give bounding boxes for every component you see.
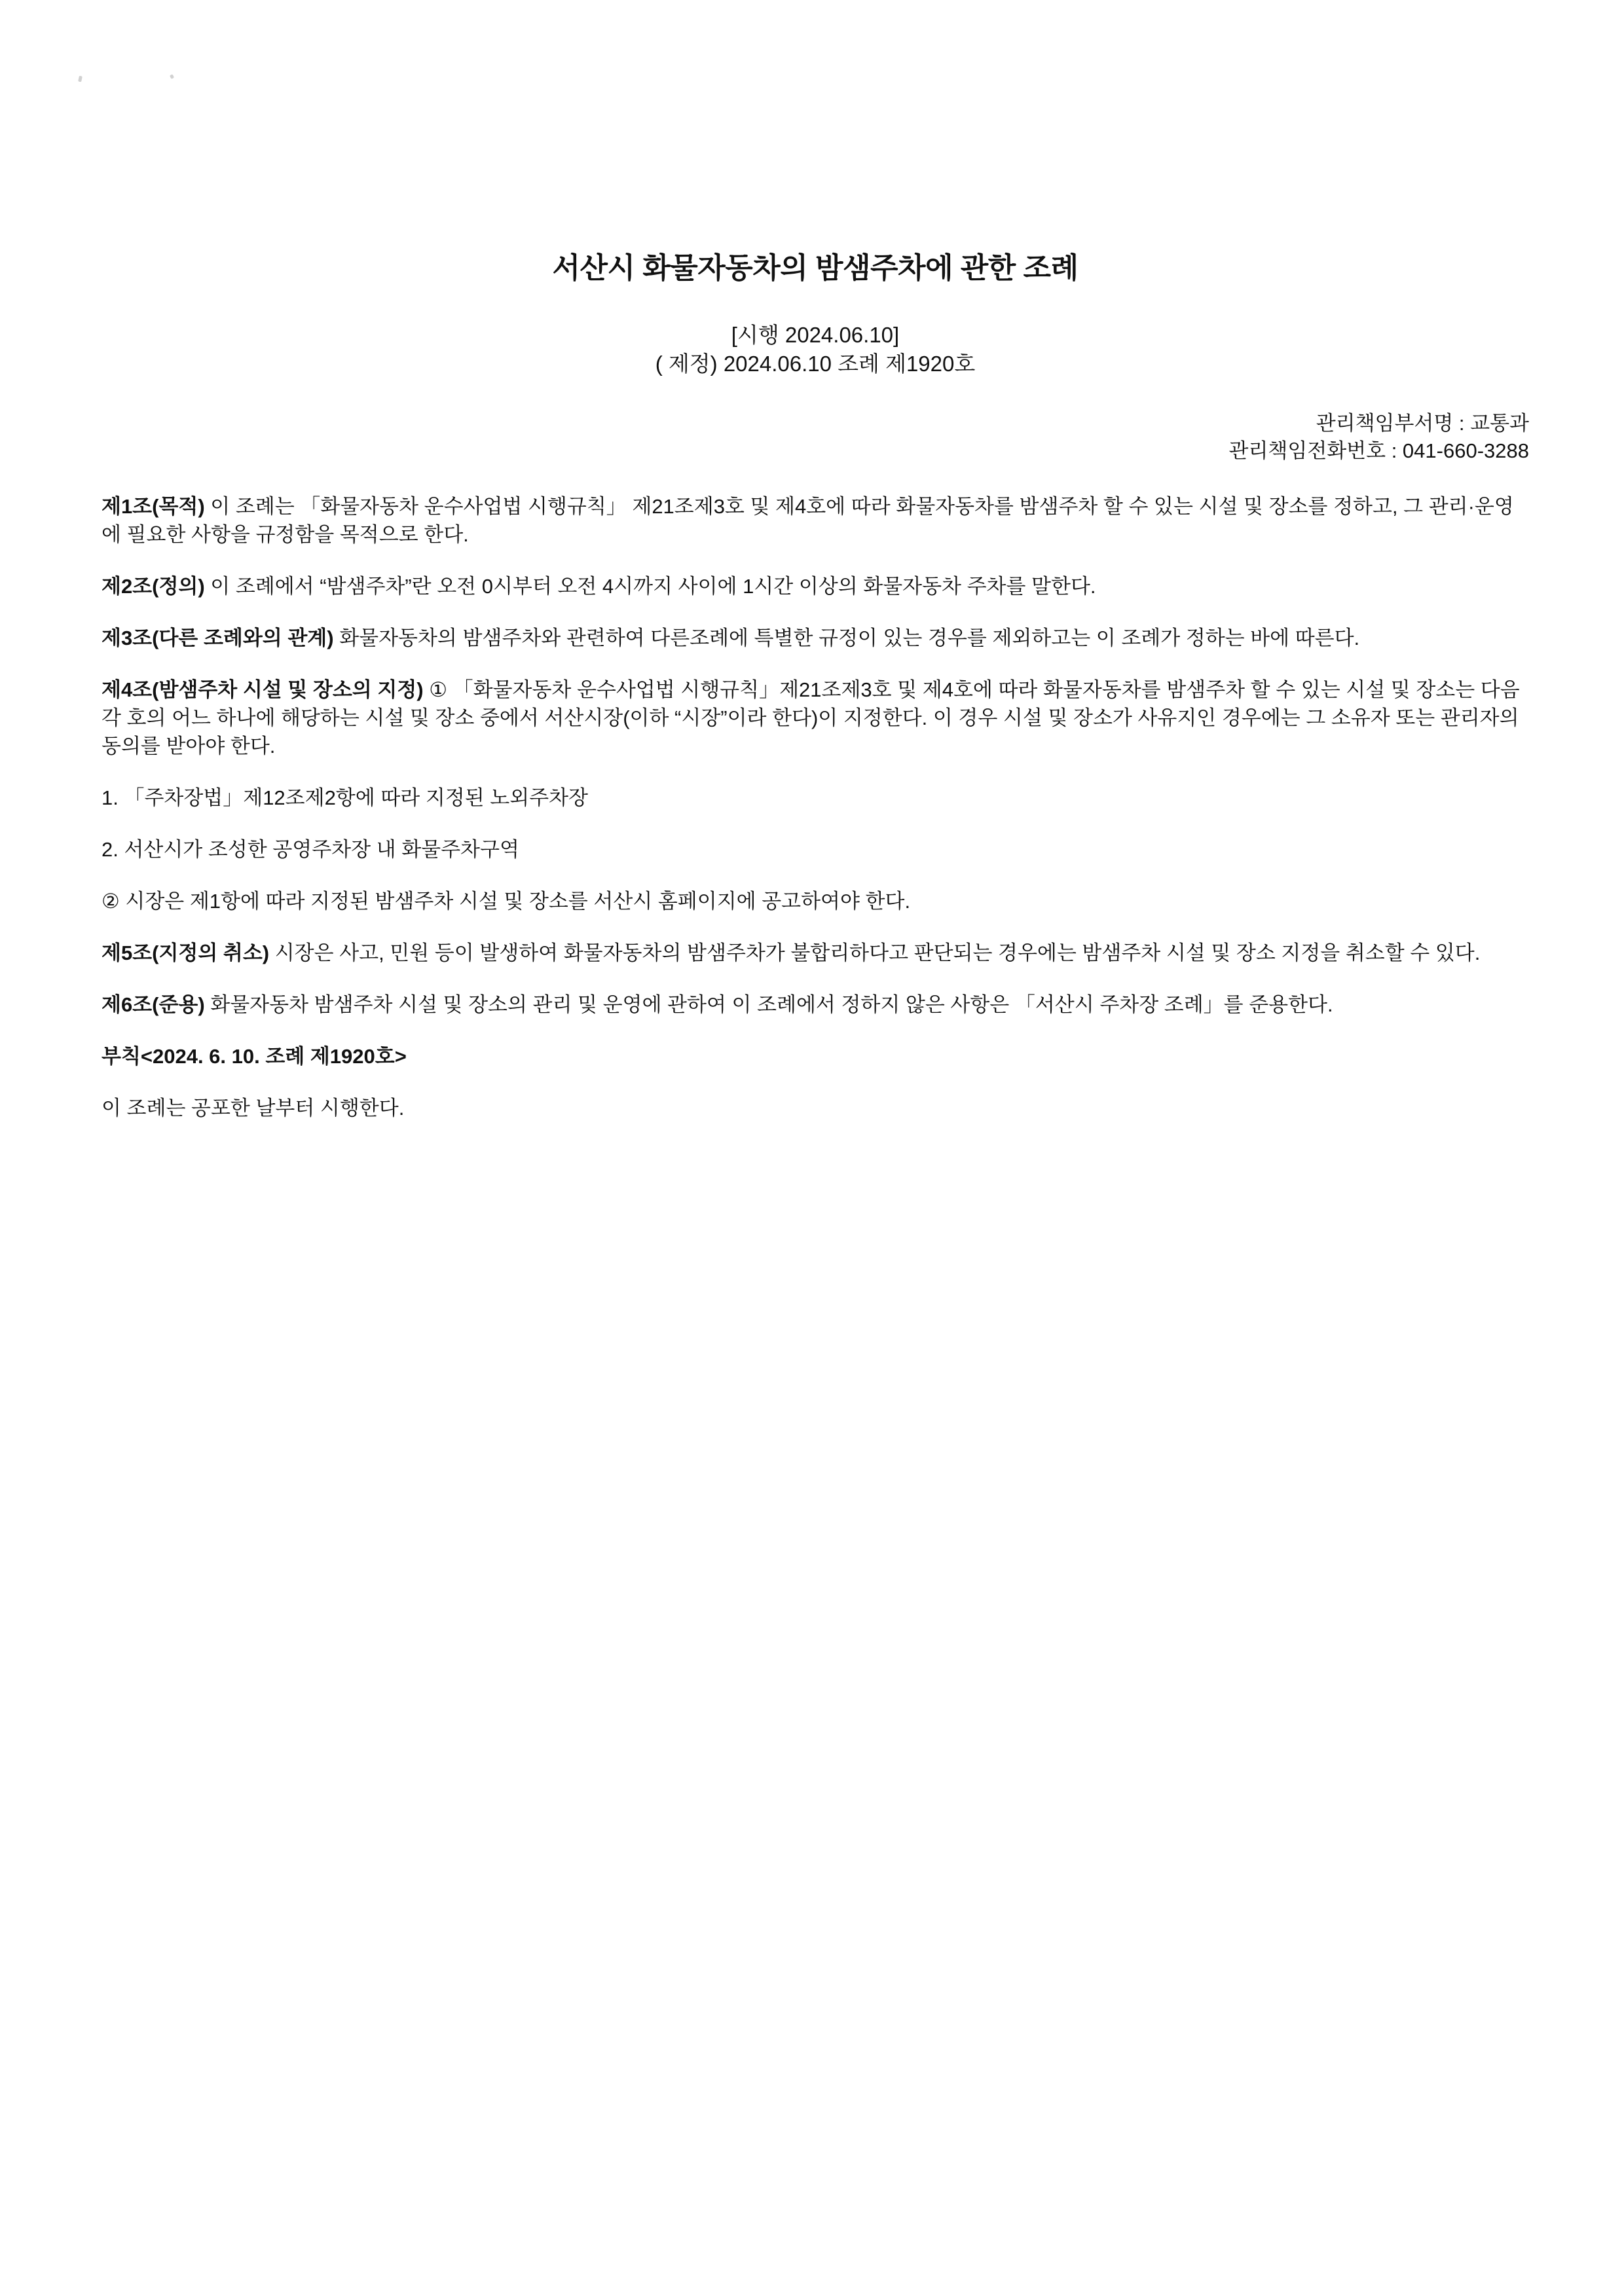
article-3-text: 화물자동차의 밤샘주차와 관련하여 다른조례에 특별한 규정이 있는 경우를 제…: [334, 627, 1360, 649]
article-5-text: 시장은 사고, 민원 등이 발생하여 화물자동차의 밤샘주차가 불합리하다고 판…: [269, 941, 1480, 964]
managing-department-line: 관리책임부서명 : 교통과: [101, 410, 1529, 437]
article-1-paragraph: 제1조(목적) 이 조례는 「화물자동차 운수사업법 시행규칙」 제21조제3호…: [101, 492, 1529, 549]
clause-2-text: ② 시장은 제1항에 따라 지정된 밤샘주차 시설 및 장소를 서산시 홈페이지…: [101, 890, 910, 913]
scan-speck: [78, 76, 83, 82]
article-6-text: 화물자동차 밤샘주차 시설 및 장소의 관리 및 운영에 관하여 이 조례에서 …: [205, 993, 1333, 1016]
article-5-paragraph: 제5조(지정의 취소) 시장은 사고, 민원 등이 발생하여 화물자동차의 밤샘…: [101, 939, 1529, 967]
item-2-text: 2. 서산시가 조성한 공영주차장 내 화물주차구역: [101, 838, 519, 861]
addendum-label: 부칙<2024. 6. 10. 조례 제1920호>: [101, 1045, 407, 1068]
article-5-label: 제5조(지정의 취소): [101, 941, 269, 964]
article-2-text: 이 조례에서 “밤샘주차”란 오전 0시부터 오전 4시까지 사이에 1시간 이…: [205, 575, 1096, 598]
article-2-label: 제2조(정의): [101, 575, 205, 598]
enforcement-date-line: [시행 2024.06.10]: [101, 321, 1529, 350]
article-3-paragraph: 제3조(다른 조례와의 관계) 화물자동차의 밤샘주차와 관련하여 다른조례에 …: [101, 624, 1529, 652]
article-4-item-2: 2. 서산시가 조성한 공영주차장 내 화물주차구역: [101, 835, 1529, 864]
document-title: 서산시 화물자동차의 밤샘주차에 관한 조례: [101, 252, 1529, 285]
article-4-item-1: 1. 「주차장법」제12조제2항에 따라 지정된 노외주차장: [101, 784, 1529, 812]
ordinance-body: 제1조(목적) 이 조례는 「화물자동차 운수사업법 시행규칙」 제21조제3호…: [101, 492, 1529, 1122]
ordinance-document-page: 서산시 화물자동차의 밤샘주차에 관한 조례 [시행 2024.06.10] (…: [0, 0, 1624, 2296]
article-6-label: 제6조(준용): [101, 993, 205, 1016]
enactment-line: ( 제정) 2024.06.10 조례 제1920호: [101, 350, 1529, 378]
article-1-label: 제1조(목적): [101, 495, 205, 518]
addendum-body-text: 이 조례는 공포한 날부터 시행한다.: [101, 1097, 404, 1120]
item-1-text: 1. 「주차장법」제12조제2항에 따라 지정된 노외주차장: [101, 786, 588, 809]
article-3-label: 제3조(다른 조례와의 관계): [101, 627, 334, 649]
article-1-text: 이 조례는 「화물자동차 운수사업법 시행규칙」 제21조제3호 및 제4호에 …: [101, 495, 1514, 546]
article-4-paragraph: 제4조(밤샘주차 시설 및 장소의 지정) ① 「화물자동차 운수사업법 시행규…: [101, 676, 1529, 760]
scan-speck: [170, 74, 174, 79]
addendum-body: 이 조례는 공포한 날부터 시행한다.: [101, 1094, 1529, 1122]
article-2-paragraph: 제2조(정의) 이 조례에서 “밤샘주차”란 오전 0시부터 오전 4시까지 사…: [101, 572, 1529, 600]
addendum-heading: 부칙<2024. 6. 10. 조례 제1920호>: [101, 1042, 1529, 1070]
document-subtitle: [시행 2024.06.10] ( 제정) 2024.06.10 조례 제192…: [101, 321, 1529, 378]
managing-info: 관리책임부서명 : 교통과 관리책임전화번호 : 041-660-3288: [101, 410, 1529, 465]
managing-phone-line: 관리책임전화번호 : 041-660-3288: [101, 437, 1529, 465]
article-4-clause-2: ② 시장은 제1항에 따라 지정된 밤샘주차 시설 및 장소를 서산시 홈페이지…: [101, 887, 1529, 915]
article-4-label: 제4조(밤샘주차 시설 및 장소의 지정): [101, 678, 424, 701]
article-6-paragraph: 제6조(준용) 화물자동차 밤샘주차 시설 및 장소의 관리 및 운영에 관하여…: [101, 991, 1529, 1019]
